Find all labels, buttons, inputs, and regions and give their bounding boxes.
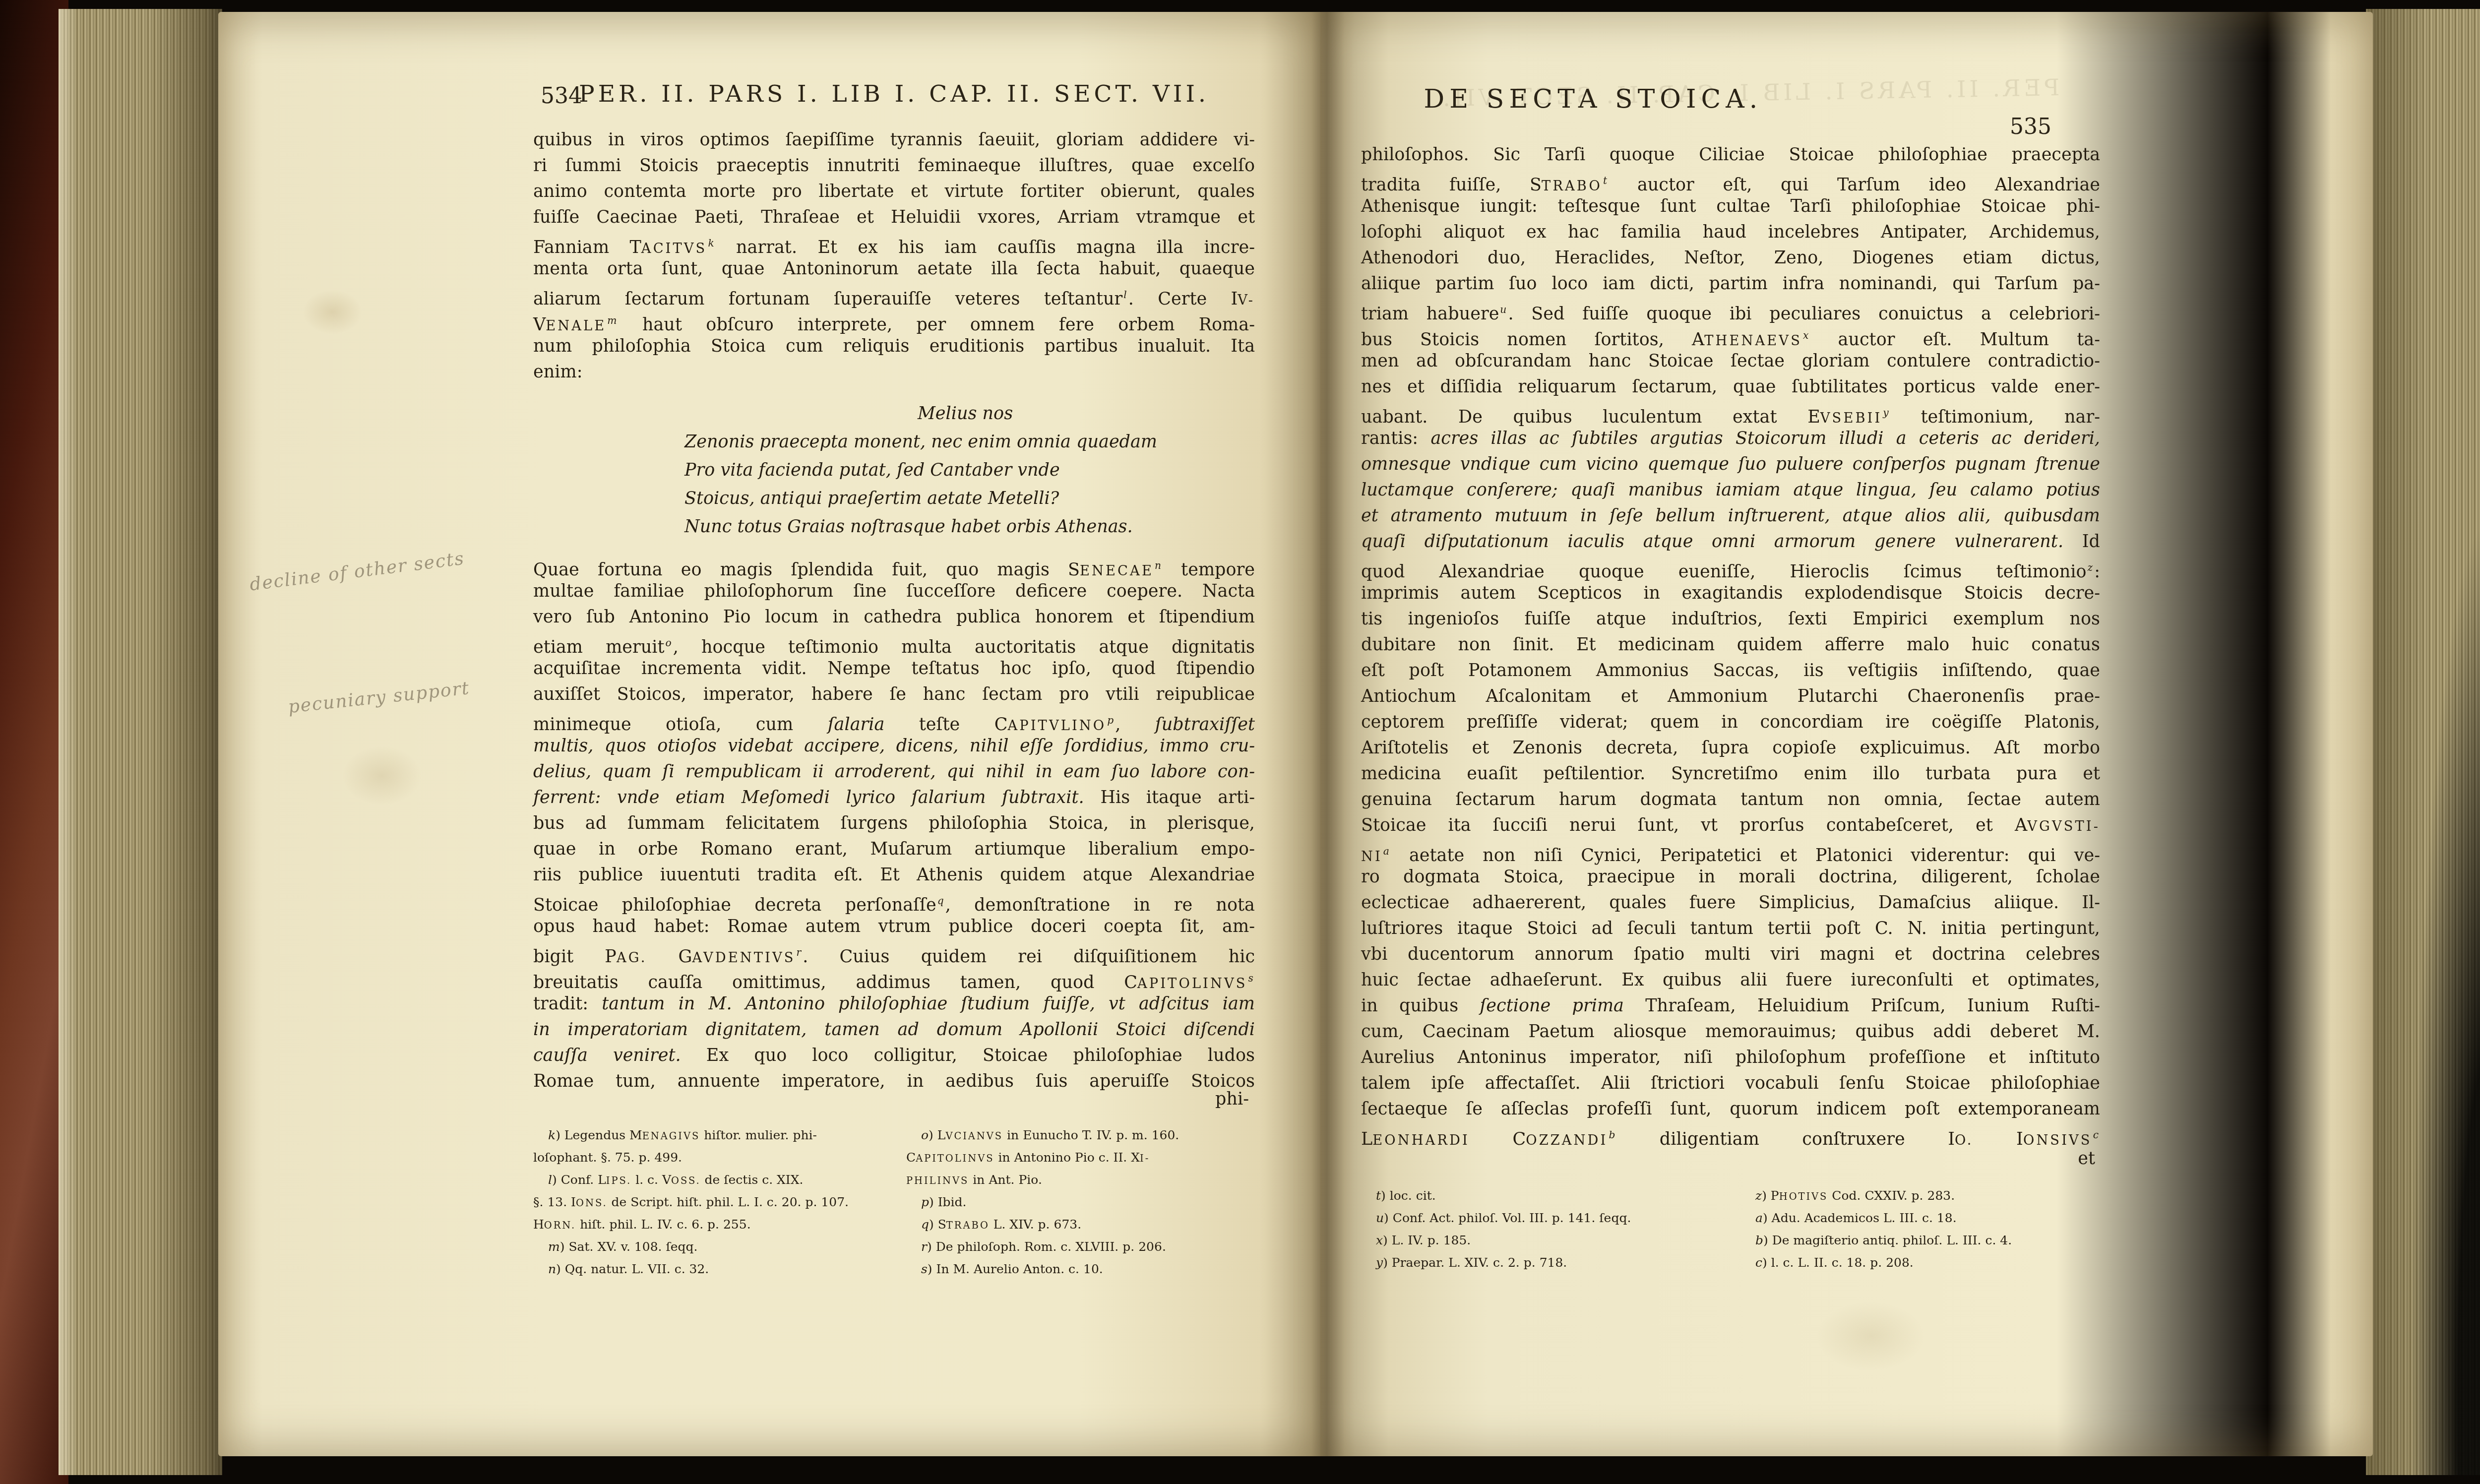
text-line: Melius nos bbox=[918, 400, 1255, 428]
text-line: Ariſtotelis et Zenonis decreta, ſupra co… bbox=[1361, 735, 2100, 761]
footnote-reference-letter: s bbox=[1248, 972, 1253, 984]
text-segment: teſtimonium, nar- bbox=[1890, 407, 2100, 427]
text-segment: triam habuere bbox=[1361, 304, 1499, 324]
text-line: bus Stoicis nomen ſortitos, ATHENAEVSx a… bbox=[1361, 322, 2100, 348]
text-segment: AVDENTIVS bbox=[692, 950, 796, 966]
text-segment: Ex quo loco colligitur, Stoicae philoſop… bbox=[681, 1046, 1255, 1065]
text-segment: Aurelius Antoninus imperator, niſi philo… bbox=[1361, 1048, 2100, 1067]
footnote-reference-letter: b bbox=[1609, 1129, 1615, 1141]
footnote-reference-letter: y bbox=[1883, 407, 1888, 419]
text-segment: Id bbox=[2063, 532, 2100, 552]
catchword-right: et bbox=[1361, 1149, 2100, 1169]
text-segment: ) Qq. natur. L. VII. c. 32. bbox=[556, 1262, 709, 1276]
text-line: y) Praepar. L. XIV. c. 2. p. 718. bbox=[1361, 1251, 1726, 1274]
text-segment: y bbox=[1376, 1255, 1383, 1270]
text-segment: quae in orbe Romano erant, Muſarum artiu… bbox=[533, 839, 1255, 859]
text-line: tradit: tantum in M. Antonino philoſophi… bbox=[533, 991, 1255, 1017]
text-segment: l bbox=[548, 1173, 552, 1187]
text-line: aliarum ſectarum fortunam ſuperauiſſe ve… bbox=[533, 282, 1255, 308]
running-head-left: PER. II. PARS I. LIB I. CAP. II. SECT. V… bbox=[533, 80, 1255, 108]
text-segment: ſectione prima bbox=[1480, 996, 1624, 1016]
text-segment: quod Alexandriae quoque eueniſſe, Hieroc… bbox=[1361, 562, 2087, 582]
text-line: breuitatis cauſſa omittimus, addimus tam… bbox=[533, 965, 1255, 991]
text-segment: THENAEVS bbox=[1704, 333, 1802, 349]
text-segment: ) Legendus M bbox=[556, 1128, 642, 1142]
text-segment: Stoicae philoſophiae decreta perſonaſſe bbox=[533, 895, 936, 915]
text-line: q) STRABO L. XIV. p. 673. bbox=[906, 1213, 1262, 1236]
text-segment: Stoicae ita ſucciſi nerui ſunt, vt prorſ… bbox=[1361, 815, 2027, 835]
text-segment: opus haud habet: Romae autem vtrum publi… bbox=[533, 917, 1255, 936]
text-segment: aliarum ſectarum fortunam ſuperauiſſe ve… bbox=[533, 289, 1122, 309]
text-segment: quibus in viros optimos ſaepiſſime tyran… bbox=[533, 130, 1255, 150]
text-line: enim: bbox=[533, 359, 1255, 385]
right-fore-edge-pages bbox=[2366, 9, 2480, 1475]
right-body-text: philoſophos. Sic Tarſi quoque Ciliciae S… bbox=[1361, 142, 2100, 1148]
text-segment: ) L bbox=[929, 1128, 945, 1142]
text-segment: Quae fortuna eo magis ſplendida fuit, qu… bbox=[533, 560, 1080, 580]
text-segment: APITOLINVS bbox=[1137, 976, 1247, 991]
text-segment: rantis: bbox=[1361, 429, 1430, 448]
text-line: bigit PAG. GAVDENTIVSr. Cuius quidem rei… bbox=[533, 939, 1255, 965]
text-segment: vbi ducentorum annorum ſpatio multi viri… bbox=[1361, 944, 2100, 964]
text-line: in quibus ſectione prima Thraſeam, Helui… bbox=[1361, 993, 2100, 1019]
text-segment: tradita fuiſſe, S bbox=[1361, 175, 1542, 195]
text-line: HORN. hiſt. phil. L. IV. c. 6. p. 255. bbox=[533, 1213, 889, 1236]
book-scan: { "left_page": { "page_number": "534", "… bbox=[0, 0, 2480, 1484]
text-segment: acquiſitae incrementa vidit. Nempe teſta… bbox=[533, 659, 1255, 679]
text-line: r) De philoſoph. Rom. c. XLVIII. p. 206. bbox=[906, 1236, 1262, 1258]
footnote-reference-letter: n bbox=[1155, 559, 1161, 571]
text-segment: hiſtor. mulier. phi- bbox=[700, 1128, 817, 1142]
text-segment: imprimis autem Scepticos in exagitandis … bbox=[1361, 583, 2100, 603]
text-segment: in Eunucho T. IV. p. m. 160. bbox=[1003, 1128, 1179, 1142]
text-segment: Athenodori duo, Heraclides, Neſtor, Zeno… bbox=[1361, 248, 2100, 268]
right-footnotes: t) loc. cit.u) Conf. Act. philoſ. Vol. I… bbox=[1361, 1184, 2105, 1274]
text-line: luſtriores itaque Stoici ad ſeculi tantu… bbox=[1361, 916, 2100, 941]
text-line: fuiſſe Caecinae Paeti, Thraſeae et Helui… bbox=[533, 204, 1255, 230]
text-segment: PHILINVS bbox=[906, 1175, 969, 1186]
text-line: c) l. c. L. II. c. 18. p. 208. bbox=[1740, 1251, 2105, 1274]
text-line: ceptorem preſſiſſe viderat; quem in conc… bbox=[1361, 709, 2100, 735]
text-segment: tantum in M. Antonino philoſophiae ſtudi… bbox=[602, 994, 1255, 1014]
page-stain bbox=[1816, 1301, 1925, 1371]
text-line: n) Qq. natur. L. VII. c. 32. bbox=[533, 1258, 889, 1280]
text-segment: Pro vita facienda putat, ſed Cantaber vn… bbox=[684, 460, 1060, 480]
text-segment: HOTIVS bbox=[1779, 1191, 1828, 1202]
text-line: num philoſophia Stoica cum reliquis erud… bbox=[533, 333, 1255, 359]
text-line: quae in orbe Romano erant, Muſarum artiu… bbox=[533, 836, 1255, 862]
footnote-reference-letter: p bbox=[1107, 714, 1114, 726]
text-segment: . Sed fuiſſe quoque ibi peculiares conui… bbox=[1508, 304, 2100, 324]
text-segment: ) Adu. Academicos L. III. c. 18. bbox=[1763, 1211, 1957, 1225]
text-segment: de Script. hiſt. phil. L. I. c. 20. p. 1… bbox=[608, 1195, 849, 1209]
text-line: LEONHARDI COZZANDIb diligentiam conſtrux… bbox=[1361, 1122, 2100, 1148]
text-segment: ONS. bbox=[576, 1197, 608, 1209]
text-segment: Romae tum, annuente imperatore, in aedib… bbox=[533, 1071, 1255, 1091]
text-line: riis publice iuuentuti tradita eſt. Et A… bbox=[533, 862, 1255, 888]
footnote-reference-letter: r bbox=[797, 946, 802, 958]
text-segment: nes et diſſidia reliquarum ſectarum, qua… bbox=[1361, 377, 2100, 397]
text-line: quibus in viros optimos ſaepiſſime tyran… bbox=[533, 127, 1255, 153]
footnote-reference-letter: q bbox=[937, 895, 944, 907]
text-segment: C bbox=[906, 1150, 916, 1165]
page-number-535: 535 bbox=[2010, 114, 2051, 139]
text-segment: cum, Caecinam Paetum aliosque memorauimu… bbox=[1361, 1022, 2100, 1042]
text-segment: ſectaeque ſe aſſeclas profeſſi ſunt, quo… bbox=[1361, 1099, 2100, 1119]
text-segment: ORN. bbox=[544, 1220, 576, 1231]
text-segment: Thraſeam, Heluidium Priſcum, Iunium Ruſt… bbox=[1624, 996, 2100, 1016]
text-line: eſt poſt Potamonem Ammonius Saccas, iis … bbox=[1361, 658, 2100, 683]
text-segment: animo contemta morte pro libertate et vi… bbox=[533, 182, 1255, 201]
text-segment: narrat. Et ex his iam cauſſis magna illa… bbox=[716, 238, 1255, 257]
text-segment: minimeque otioſa, cum bbox=[533, 715, 828, 735]
text-line: t) loc. cit. bbox=[1361, 1184, 1726, 1207]
left-body-paragraph-1: quibus in viros optimos ſaepiſſime tyran… bbox=[533, 127, 1255, 385]
text-segment: O. bbox=[1955, 1133, 1974, 1148]
text-segment: ) De magiſterio antiq. philoſ. L. III. c… bbox=[1763, 1233, 2012, 1247]
text-segment: in Ant. Pio. bbox=[969, 1173, 1042, 1187]
text-line: imprimis autem Scepticos in exagitandis … bbox=[1361, 580, 2100, 606]
text-line: loſophant. §. 75. p. 499. bbox=[533, 1146, 889, 1169]
text-segment: tradit: bbox=[533, 994, 602, 1014]
text-line: vero ſub Antonino Pio locum in cathedra … bbox=[533, 604, 1255, 630]
text-segment: q bbox=[921, 1217, 929, 1232]
left-fore-edge-pages bbox=[59, 9, 222, 1475]
text-segment: tempore bbox=[1163, 560, 1255, 580]
text-segment: bus Stoicis nomen ſortitos, A bbox=[1361, 330, 1704, 350]
text-segment: ceptorem preſſiſſe viderat; quem in conc… bbox=[1361, 712, 2100, 732]
text-segment: ſalaria bbox=[828, 715, 885, 735]
text-segment: medicina euaſit peſtilentior. Syncretiſm… bbox=[1361, 764, 2100, 784]
text-line: Stoicae ita ſucciſi nerui ſunt, vt prorſ… bbox=[1361, 812, 2100, 838]
text-segment: AG. bbox=[617, 950, 647, 966]
text-segment: Athenisque iungit: teſtesque ſunt cultae… bbox=[1361, 196, 2100, 216]
text-line: Athenodori duo, Heraclides, Neſtor, Zeno… bbox=[1361, 245, 2100, 271]
footnote-reference-letter: z bbox=[2088, 561, 2093, 573]
text-line: delius, quam ſi rempublicam ii arroderen… bbox=[533, 759, 1255, 785]
right-footnotes-column-1: t) loc. cit.u) Conf. Act. philoſ. Vol. I… bbox=[1361, 1184, 1726, 1274]
text-segment: . Cuius quidem rei diſquiſitionem hic bbox=[803, 947, 1255, 967]
text-segment: etiam meruit bbox=[533, 637, 665, 657]
text-segment: Melius nos bbox=[918, 404, 1013, 424]
text-segment: VGVSTI- bbox=[2027, 819, 2100, 834]
text-line: ri ſummi Stoicis praeceptis innutriti fe… bbox=[533, 153, 1255, 179]
text-segment: s bbox=[921, 1262, 928, 1276]
text-segment: Ariſtotelis et Zenonis decreta, ſupra co… bbox=[1361, 738, 2100, 758]
text-segment: ) De philoſoph. Rom. c. XLVIII. p. 206. bbox=[927, 1239, 1166, 1254]
text-segment: ) Conf. L bbox=[552, 1173, 606, 1187]
text-line: omnesque vndique cum vicino quemque ſuo … bbox=[1361, 451, 2100, 477]
text-line: l) Conf. LIPS. l. c. VOSS. de ſectis c. … bbox=[533, 1169, 889, 1191]
text-segment: a bbox=[1755, 1211, 1763, 1225]
footnote-reference-letter: a bbox=[1383, 845, 1389, 857]
text-segment: His itaque arti- bbox=[1084, 788, 1255, 807]
text-segment: de ſectis c. XIX. bbox=[701, 1173, 804, 1187]
text-line: a) Adu. Academicos L. III. c. 18. bbox=[1740, 1207, 2105, 1229]
text-segment: l. c. V bbox=[631, 1173, 671, 1187]
text-segment: aliique partim ſuo loco iam dicti, parti… bbox=[1361, 274, 2100, 294]
text-line: medicina euaſit peſtilentior. Syncretiſm… bbox=[1361, 761, 2100, 787]
text-line: auxiſſet Stoicos, imperator, habere ſe h… bbox=[533, 681, 1255, 707]
text-line: etiam meruito, hocque teſtimonio multa a… bbox=[533, 630, 1255, 656]
right-footnotes-column-2: z) PHOTIVS Cod. CXXIV. p. 283.a) Adu. Ac… bbox=[1740, 1184, 2105, 1274]
text-segment: in imperatoriam dignitatem, tamen ad dom… bbox=[533, 1020, 1255, 1040]
text-segment: num philoſophia Stoica cum reliquis erud… bbox=[533, 336, 1255, 356]
text-segment: tis ingenioſos fuiſſe atque induſtrios, … bbox=[1361, 609, 2100, 629]
text-segment: ENAGIVS bbox=[642, 1130, 700, 1142]
text-line: Antiochum Aſcalonitam et Ammonium Plutar… bbox=[1361, 683, 2100, 709]
text-segment: I bbox=[1974, 1129, 2023, 1149]
text-segment: huic ſectae adhaeſerunt. Ex quibus alii … bbox=[1361, 970, 2100, 990]
text-line: vbi ducentorum annorum ſpatio multi viri… bbox=[1361, 941, 2100, 967]
right-page: PER. II. PARS I. LIB I. CAP. II. SECT. V… bbox=[1320, 12, 2373, 1456]
text-segment: : bbox=[2094, 562, 2100, 582]
text-segment: C bbox=[1470, 1129, 1526, 1149]
text-line: quaſi diſputationum iaculis atque omni a… bbox=[1361, 529, 2100, 555]
text-line: loſophi aliquot ex hac familia haud ince… bbox=[1361, 219, 2100, 245]
text-segment: enim: bbox=[533, 362, 582, 382]
catchword-left: phi- bbox=[533, 1089, 1255, 1109]
text-line: p) Ibid. bbox=[906, 1191, 1262, 1213]
text-line: men ad obſcurandam hanc Stoicae ſectae g… bbox=[1361, 348, 2100, 374]
text-segment: vero ſub Antonino Pio locum in cathedra … bbox=[533, 607, 1255, 627]
text-segment: omnesque vndique cum vicino quemque ſuo … bbox=[1361, 454, 2100, 474]
text-line: aliique partim ſuo loco iam dicti, parti… bbox=[1361, 271, 2100, 297]
text-segment: Cod. CXXIV. p. 283. bbox=[1828, 1188, 1955, 1203]
left-verse-quotation: Melius nosZenonis praecepta monent, nec … bbox=[533, 400, 1255, 541]
footnote-reference-letter: l bbox=[1123, 289, 1127, 301]
text-line: eclecticae adhaererent, quales fuere Sim… bbox=[1361, 890, 2100, 916]
text-segment: . Certe I bbox=[1128, 289, 1238, 309]
text-line: tis ingenioſos fuiſſe atque induſtrios, … bbox=[1361, 606, 2100, 632]
left-body-paragraph-2: Quae fortuna eo magis ſplendida fuit, qu… bbox=[533, 553, 1255, 1094]
text-line: et atramento mutuum in ſeſe bellum inſtr… bbox=[1361, 503, 2100, 529]
text-segment: I- bbox=[1140, 1153, 1150, 1164]
text-segment: loſophi aliquot ex hac familia haud ince… bbox=[1361, 222, 2100, 242]
text-segment: ro dogmata Stoica, praecipue in morali d… bbox=[1361, 867, 2100, 887]
text-segment: auctor eſt, qui Tarſum ideo Alexandriae bbox=[1609, 175, 2100, 195]
text-segment: bus ad ſummam felicitatem ſurgens philoſ… bbox=[533, 813, 1255, 833]
text-line: philoſophos. Sic Tarſi quoque Ciliciae S… bbox=[1361, 142, 2100, 168]
text-line: Athenisque iungit: teſtesque ſunt cultae… bbox=[1361, 193, 2100, 219]
text-line: Pro vita facienda putat, ſed Cantaber vn… bbox=[684, 456, 1255, 485]
text-segment: ri ſummi Stoicis praeceptis innutriti fe… bbox=[533, 156, 1255, 176]
text-segment: ONSIVS bbox=[2023, 1133, 2092, 1148]
text-segment: Nunc totus Graias noſtrasque habet orbis… bbox=[684, 517, 1133, 537]
text-segment: m bbox=[548, 1239, 560, 1254]
text-segment: L. XIV. p. 673. bbox=[990, 1217, 1081, 1232]
text-line: ſectaeque ſe aſſeclas profeſſi ſunt, quo… bbox=[1361, 1096, 2100, 1122]
text-line: luctamque conſerere; quaſi manibus iamia… bbox=[1361, 477, 2100, 503]
text-segment: luſtriores itaque Stoici ad ſeculi tantu… bbox=[1361, 919, 2100, 938]
page-stain bbox=[342, 746, 422, 805]
text-line: genuina ſectarum harum dogmata tantum no… bbox=[1361, 787, 2100, 812]
text-segment: eſt poſt Potamonem Ammonius Saccas, iis … bbox=[1361, 661, 2100, 680]
text-line: animo contemta morte pro libertate et vi… bbox=[533, 179, 1255, 204]
text-line: Aurelius Antoninus imperator, niſi philo… bbox=[1361, 1045, 2100, 1070]
text-segment: cauſſa veniret. bbox=[533, 1046, 681, 1065]
text-segment: diligentiam conſtruxere I bbox=[1616, 1129, 1955, 1149]
text-line: tradita fuiſſe, STRABOt auctor eſt, qui … bbox=[1361, 168, 2100, 193]
text-line: b) De magiſterio antiq. philoſ. L. III. … bbox=[1740, 1229, 2105, 1251]
footnote-reference-letter: t bbox=[1603, 175, 1607, 186]
text-line: o) LVCIANVS in Eunucho T. IV. p. m. 160. bbox=[906, 1124, 1262, 1146]
text-segment: ) S bbox=[929, 1217, 946, 1232]
text-segment: breuitatis cauſſa omittimus, addimus tam… bbox=[533, 973, 1137, 992]
text-segment: ENECAE bbox=[1080, 563, 1154, 579]
text-line: u) Conf. Act. philoſ. Vol. III. p. 141. … bbox=[1361, 1207, 1726, 1229]
text-line: multae familiae philoſophorum ſine ſucce… bbox=[533, 578, 1255, 604]
text-segment: b bbox=[1755, 1233, 1763, 1247]
text-segment: auctor eſt. Multum ta- bbox=[1810, 330, 2100, 350]
text-segment: Fanniam T bbox=[533, 238, 641, 257]
text-segment: r bbox=[921, 1239, 927, 1254]
marginalia-note-2: pecuniary support bbox=[287, 678, 471, 717]
text-line: NIa aetate non niſi Cynici, Peripatetici… bbox=[1361, 838, 2100, 864]
text-segment: ) P bbox=[1762, 1188, 1779, 1203]
text-line: uabant. De quibus luculentum extat EVSEB… bbox=[1361, 400, 2100, 426]
text-segment: V- bbox=[1238, 293, 1255, 308]
text-segment: riis publice iuuentuti tradita eſt. Et A… bbox=[533, 865, 1255, 885]
text-segment: men ad obſcurandam hanc Stoicae ſectae g… bbox=[1361, 351, 2100, 371]
text-line: bus ad ſummam felicitatem ſurgens philoſ… bbox=[533, 810, 1255, 836]
text-segment: x bbox=[1376, 1233, 1383, 1247]
text-segment: fuiſſe Caecinae Paeti, Thraſeae et Helui… bbox=[533, 207, 1255, 227]
text-segment: in quibus bbox=[1361, 996, 1480, 1016]
text-segment: ſubtraxiſſet bbox=[1155, 715, 1255, 735]
footnote-reference-letter: k bbox=[708, 237, 714, 249]
text-segment: bigit P bbox=[533, 947, 617, 967]
text-line: VENALEm haut obſcuro interprete, per omn… bbox=[533, 308, 1255, 333]
text-segment: aetate non niſi Cynici, Peripatetici et … bbox=[1391, 846, 2100, 866]
text-line: dubitare non ſinit. Et medicinam quidem … bbox=[1361, 632, 2100, 658]
text-segment: EONHARDI bbox=[1372, 1133, 1470, 1148]
text-segment: philoſophos. Sic Tarſi quoque Ciliciae S… bbox=[1361, 145, 2100, 165]
text-segment: k bbox=[548, 1128, 556, 1142]
text-line: huic ſectae adhaeſerunt. Ex quibus alii … bbox=[1361, 967, 2100, 993]
text-segment: ) loc. cit. bbox=[1381, 1188, 1436, 1203]
page-stain bbox=[303, 290, 362, 334]
text-segment: VCIANVS bbox=[945, 1130, 1003, 1142]
left-footnotes-column-1: k) Legendus MENAGIVS hiſtor. mulier. phi… bbox=[533, 1124, 889, 1280]
text-line: multis, quos otioſos videbat accipere, d… bbox=[533, 733, 1255, 759]
text-segment: quaſi diſputationum iaculis atque omni a… bbox=[1361, 532, 2063, 552]
text-segment: multae familiae philoſophorum ſine ſucce… bbox=[533, 581, 1255, 601]
text-line: s) In M. Aurelio Anton. c. 10. bbox=[906, 1258, 1262, 1280]
text-segment: , hocque teſtimonio multa auctoritatis a… bbox=[673, 637, 1255, 657]
text-segment: ) L. IV. p. 185. bbox=[1383, 1233, 1471, 1247]
text-segment: loſophant. §. 75. p. 499. bbox=[533, 1150, 682, 1165]
text-segment: , demonſtratione in re nota bbox=[945, 895, 1255, 915]
footnote-reference-letter: c bbox=[2093, 1129, 2099, 1141]
text-segment: Stoicus, antiqui praeſertim aetate Metel… bbox=[684, 489, 1059, 508]
text-line: cauſſa veniret. Ex quo loco colligitur, … bbox=[533, 1043, 1255, 1068]
text-segment: Zenonis praecepta monent, nec enim omnia… bbox=[684, 432, 1157, 452]
text-line: Fanniam TACITVSk narrat. Et ex his iam c… bbox=[533, 230, 1255, 256]
text-segment: Antiochum Aſcalonitam et Ammonium Plutar… bbox=[1361, 686, 2100, 706]
text-segment: TRABO bbox=[946, 1220, 990, 1231]
text-line: in imperatoriam dignitatem, tamen ad dom… bbox=[533, 1017, 1255, 1043]
text-segment: ) Sat. XV. v. 108. ſeqq. bbox=[560, 1239, 698, 1254]
left-page: 534 PER. II. PARS I. LIB I. CAP. II. SEC… bbox=[218, 12, 1320, 1456]
left-footnotes-column-2: o) LVCIANVS in Eunucho T. IV. p. m. 160.… bbox=[906, 1124, 1262, 1280]
text-segment: in Antonino Pio c. II. X bbox=[994, 1150, 1140, 1165]
text-segment: §. 13. I bbox=[533, 1195, 576, 1209]
text-segment: ) Ibid. bbox=[929, 1195, 967, 1209]
text-line: ro dogmata Stoica, praecipue in morali d… bbox=[1361, 864, 2100, 890]
text-segment: ) Praepar. L. XIV. c. 2. p. 718. bbox=[1383, 1255, 1567, 1270]
text-segment: n bbox=[548, 1262, 556, 1276]
text-segment: ) In M. Aurelio Anton. c. 10. bbox=[928, 1262, 1103, 1276]
text-segment: o bbox=[921, 1128, 929, 1142]
text-segment: teſte C bbox=[884, 715, 1007, 735]
text-segment: c bbox=[1755, 1255, 1762, 1270]
text-segment: ) Conf. Act. philoſ. Vol. III. p. 141. ſ… bbox=[1384, 1211, 1631, 1225]
text-line: talem ipſe affectaſſet. Alii ſtrictiori … bbox=[1361, 1070, 2100, 1096]
text-line: §. 13. IONS. de Script. hiſt. phil. L. I… bbox=[533, 1191, 889, 1213]
text-segment: VSEBII bbox=[1820, 411, 1882, 426]
text-line: rantis: acres illas ac ſubtiles argutias… bbox=[1361, 426, 2100, 451]
footnote-reference-letter: u bbox=[1500, 304, 1506, 315]
text-line: cum, Caecinam Paetum aliosque memorauimu… bbox=[1361, 1019, 2100, 1045]
text-segment: , bbox=[1115, 715, 1155, 735]
text-line: Stoicus, antiqui praeſertim aetate Metel… bbox=[684, 485, 1255, 513]
left-footnotes: k) Legendus MENAGIVS hiſtor. mulier. phi… bbox=[533, 1124, 1262, 1280]
text-segment: APITVLINO bbox=[1007, 718, 1106, 734]
text-segment: hiſt. phil. L. IV. c. 6. p. 255. bbox=[576, 1217, 750, 1232]
text-line: k) Legendus MENAGIVS hiſtor. mulier. phi… bbox=[533, 1124, 889, 1146]
text-segment: L bbox=[1361, 1129, 1372, 1149]
text-segment: APITOLINVS bbox=[916, 1153, 994, 1164]
text-segment: TRABO bbox=[1542, 179, 1602, 194]
text-line: x) L. IV. p. 185. bbox=[1361, 1229, 1726, 1251]
footnote-reference-letter: x bbox=[1803, 329, 1808, 341]
text-segment: u bbox=[1376, 1211, 1384, 1225]
text-segment: multis, quos otioſos videbat accipere, d… bbox=[533, 736, 1255, 756]
text-line: menta orta ſunt, quae Antoninorum aetate… bbox=[533, 256, 1255, 282]
text-segment: IPS. bbox=[606, 1175, 631, 1186]
text-line: m) Sat. XV. v. 108. ſeqq. bbox=[533, 1236, 889, 1258]
text-segment: H bbox=[533, 1217, 544, 1232]
text-line: Zenonis praecepta monent, nec enim omnia… bbox=[684, 428, 1255, 456]
text-line: nes et diſſidia reliquarum ſectarum, qua… bbox=[1361, 374, 2100, 400]
text-segment: z bbox=[1755, 1188, 1762, 1203]
text-segment: OSS. bbox=[671, 1175, 701, 1186]
text-segment: luctamque conſerere; quaſi manibus iamia… bbox=[1361, 480, 2100, 500]
text-segment: ENALE bbox=[546, 318, 606, 334]
text-line: PHILINVS in Ant. Pio. bbox=[906, 1169, 1262, 1191]
text-line: CAPITOLINVS in Antonino Pio c. II. XI- bbox=[906, 1146, 1262, 1169]
text-segment: et atramento mutuum in ſeſe bellum inſtr… bbox=[1361, 506, 2100, 526]
text-segment: auxiſſet Stoicos, imperator, habere ſe h… bbox=[533, 684, 1255, 704]
text-segment: haut obſcuro interprete, per omnem fere … bbox=[619, 315, 1255, 335]
text-line: minimeque otioſa, cum ſalaria teſte CAPI… bbox=[533, 707, 1255, 733]
text-line: Quae fortuna eo magis ſplendida fuit, qu… bbox=[533, 553, 1255, 578]
text-segment: NI bbox=[1361, 849, 1382, 865]
text-line: Nunc totus Graias noſtrasque habet orbis… bbox=[684, 513, 1255, 541]
text-line: triam habuereu. Sed fuiſſe quoque ibi pe… bbox=[1361, 297, 2100, 322]
text-segment: V bbox=[533, 315, 546, 335]
text-segment: acres illas ac ſubtiles argutias Stoicor… bbox=[1430, 429, 2100, 448]
text-segment: ferrent: vnde etiam Meſomedi lyrico ſala… bbox=[533, 788, 1084, 807]
text-line: quod Alexandriae quoque eueniſſe, Hieroc… bbox=[1361, 555, 2100, 580]
text-line: opus haud habet: Romae autem vtrum publi… bbox=[533, 914, 1255, 939]
text-segment: dubitare non ſinit. Et medicinam quidem … bbox=[1361, 635, 2100, 655]
text-segment: delius, quam ſi rempublicam ii arroderen… bbox=[533, 762, 1255, 782]
text-segment: genuina ſectarum harum dogmata tantum no… bbox=[1361, 790, 2100, 809]
text-segment: G bbox=[647, 947, 692, 967]
footnote-reference-letter: o bbox=[666, 637, 672, 649]
